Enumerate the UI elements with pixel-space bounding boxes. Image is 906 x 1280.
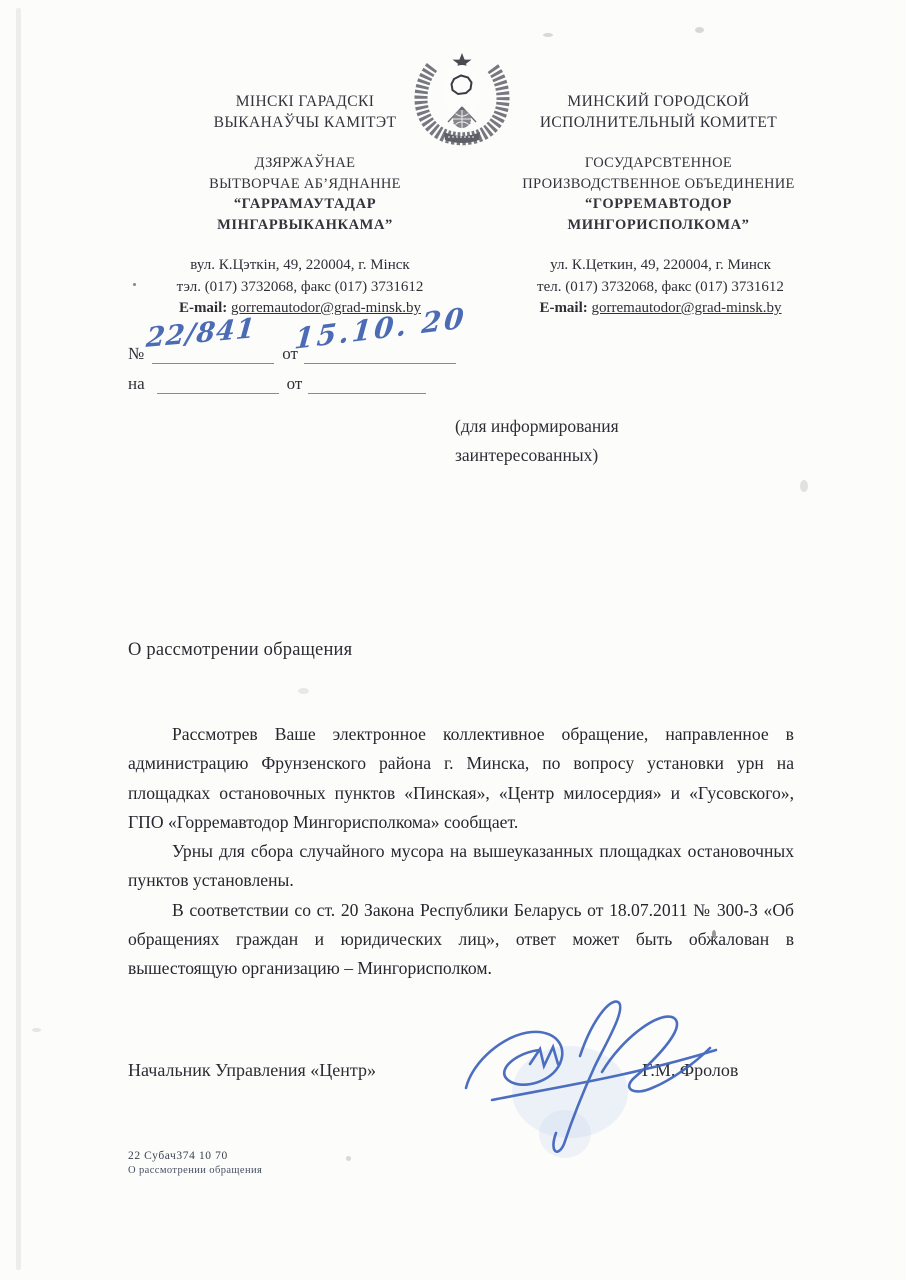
phone-by: тэл. (017) 3732068, факс (017) 3731612 — [130, 277, 470, 299]
footer-block: 22 Субач374 10 70 О рассмотрении обращен… — [128, 1150, 262, 1176]
email-label-ru: E-mail: — [539, 300, 587, 316]
body-paragraph-3: В соответствии со ст. 20 Закона Республи… — [128, 896, 794, 984]
assoc-name-by-line2: МІНГАРВЫКАНКАМА” — [140, 215, 470, 236]
recipient-note-line2: заинтересованных) — [455, 441, 619, 470]
scan-speck — [346, 1156, 351, 1161]
scan-speck — [133, 283, 136, 286]
scan-speck — [712, 930, 716, 938]
letterhead-left: МІНСКІ ГАРАДСКІ ВЫКАНАЎЧЫ КАМІТЭТ ДЗЯРЖА… — [140, 92, 470, 235]
reference-row-incoming: на от — [128, 364, 456, 394]
org-name-ru-line1: МИНСКИЙ ГОРОДСКОЙ — [486, 92, 831, 113]
signer-position-title: Начальник Управления «Центр» — [128, 1060, 376, 1081]
footer-subject-line: О рассмотрении обращения — [128, 1165, 262, 1176]
email-row-ru: E-mail: gorremautodor@grad-minsk.by — [488, 298, 833, 320]
number-label: № — [128, 344, 144, 364]
phone-ru: тел. (017) 3732068, факс (017) 3731612 — [488, 277, 833, 299]
reply-date-line — [308, 373, 426, 394]
footer-executor-line: 22 Субач374 10 70 — [128, 1150, 262, 1162]
body-paragraph-1: Рассмотрев Ваше электронное коллективное… — [128, 720, 794, 837]
assoc-type-ru-line1: ГОСУДАРСВТЕННОЕ — [486, 153, 831, 174]
body-paragraph-2: Урны для сбора случайного мусора на выше… — [128, 837, 794, 896]
scan-speck — [800, 480, 808, 492]
address-block-ru: ул. К.Цеткин, 49, 220004, г. Минск тел. … — [488, 255, 833, 320]
assoc-type-by-line2: ВЫТВОРЧАЕ АБ’ЯДНАННЕ — [140, 174, 470, 195]
subject-line: О рассмотрении обращения — [128, 640, 352, 661]
scan-speck — [298, 688, 309, 694]
email-label-by: E-mail: — [179, 300, 227, 316]
reply-date-label: от — [287, 374, 303, 394]
recipient-note-line1: (для информирования — [455, 412, 619, 441]
org-name-by-line1: МІНСКІ ГАРАДСКІ — [140, 92, 470, 113]
reply-number-line — [157, 373, 279, 394]
scan-speck — [32, 1028, 41, 1032]
assoc-type-ru-line2: ПРОИЗВОДСТВЕННОЕ ОБЪЕДИНЕНИЕ — [486, 174, 831, 195]
letter-body: Рассмотрев Ваше электронное коллективное… — [128, 720, 794, 984]
org-name-by-line2: ВЫКАНАЎЧЫ КАМІТЭТ — [140, 113, 470, 134]
assoc-name-ru-line1: “ГОРРЕМАВТОДОР — [486, 194, 831, 215]
scan-edge-artifact — [16, 8, 21, 1270]
address-ru: ул. К.Цеткин, 49, 220004, г. Минск — [488, 255, 833, 277]
address-by: вул. К.Цэткін, 49, 220004, г. Мінск — [130, 255, 470, 277]
assoc-type-by-line1: ДЗЯРЖАЎНАЕ — [140, 153, 470, 174]
assoc-name-ru-line2: МИНГОРИСПОЛКОМА” — [486, 215, 831, 236]
recipient-note: (для информирования заинтересованных) — [455, 412, 619, 469]
letterhead-right: МИНСКИЙ ГОРОДСКОЙ ИСПОЛНИТЕЛЬНЫЙ КОМИТЕТ… — [486, 92, 831, 235]
scanned-letter-page: МІНСКІ ГАРАДСКІ ВЫКАНАЎЧЫ КАМІТЭТ ДЗЯРЖА… — [0, 0, 906, 1280]
email-address-ru: gorremautodor@grad-minsk.by — [592, 300, 782, 316]
assoc-name-by-line1: “ГАРРАМАУТАДАР — [140, 194, 470, 215]
scan-speck — [695, 27, 704, 33]
reply-label: на — [128, 374, 145, 394]
handwritten-signature-icon — [452, 992, 724, 1164]
org-name-ru-line2: ИСПОЛНИТЕЛЬНЫЙ КОМИТЕТ — [486, 113, 831, 134]
scan-speck — [543, 33, 553, 37]
